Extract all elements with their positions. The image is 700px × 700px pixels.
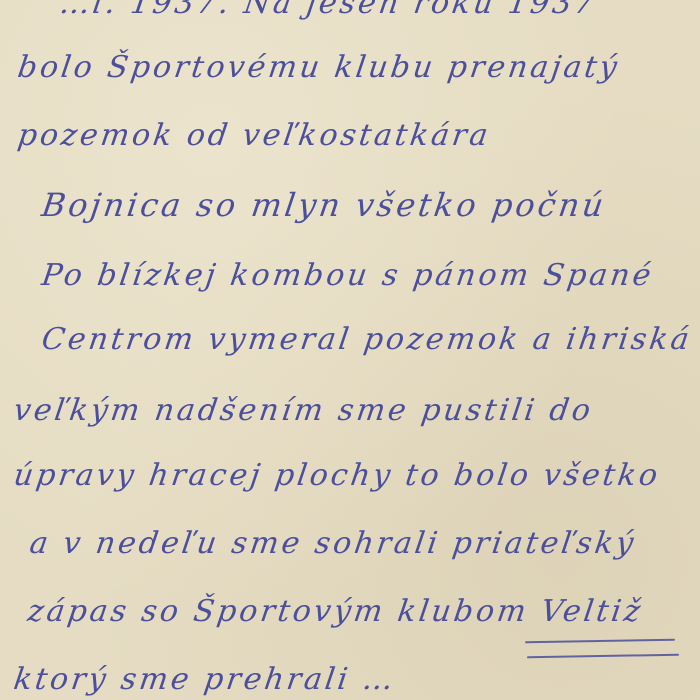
text-line-5: Po blízkej kombou s pánom Spané: [40, 258, 656, 293]
text-line-9: a v nedeľu sme sohrali priateľský: [28, 526, 639, 561]
underline-stroke-1: [525, 639, 675, 644]
text-line-8: úpravy hracej plochy to bolo všetko: [12, 458, 663, 493]
text-line-6: Centrom vymeral pozemok a ihriská: [40, 322, 695, 357]
text-line-3: pozemok od veľkostatkára: [16, 118, 493, 153]
text-line-10: zápas so Športovým klubom Veltiž: [26, 594, 646, 629]
text-line-2: bolo Športovému klubu prenajatý: [16, 50, 623, 85]
text-line-1: …l. 1937. Na jeseň roku 1937: [58, 0, 600, 21]
handwritten-page: …l. 1937. Na jeseň roku 1937 bolo Športo…: [0, 0, 700, 700]
text-line-4: Bojnica so mlyn všetko počnú: [39, 186, 608, 224]
text-line-11: ktorý sme prehrali …: [12, 662, 399, 697]
underline-stroke-2: [527, 654, 679, 659]
text-line-7: veľkým nadšením sme pustili do: [12, 393, 596, 428]
